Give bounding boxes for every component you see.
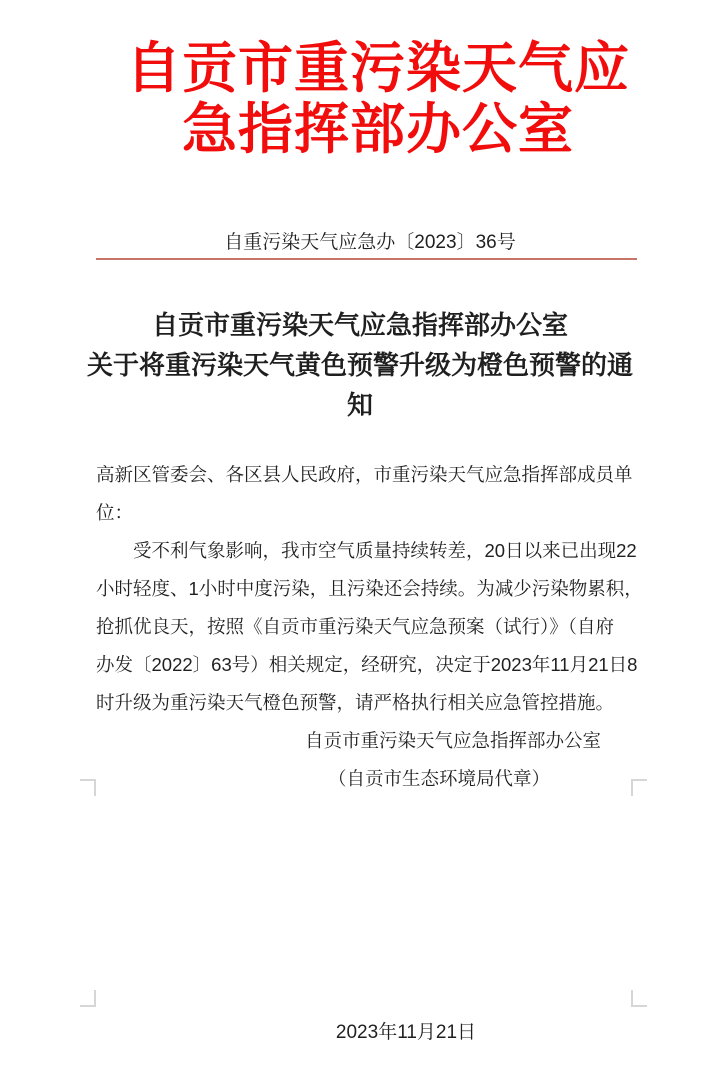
title-line-1: 自贡市重污染天气应急指挥部办公室 [0, 305, 720, 345]
letterhead: 自贡市重污染天气应 急指挥部办公室 [18, 38, 720, 160]
body-line: 时升级为重污染天气橙色预警，请严格执行相关应急管控措施。 [96, 684, 634, 722]
document-title: 自贡市重污染天气应急指挥部办公室 关于将重污染天气黄色预警升级为橙色预警的通 知 [0, 305, 720, 425]
document-number: 自重污染天气应急办〔2023〕36号 [10, 230, 720, 256]
signature-note-line: （自贡市生态环境局代章） [96, 760, 634, 798]
letterhead-line-2: 急指挥部办公室 [18, 99, 720, 160]
document-date: 2023年11月21日 [46, 1014, 720, 1052]
document-body: 高新区管委会、各区县人民政府，市重污染天气应急指挥部成员单 位： 受不利气象影响… [96, 456, 634, 798]
body-line: 办发〔2022〕63号）相关规定，经研究，决定于2023年11月21日8 [96, 646, 634, 684]
signature-line: 自贡市重污染天气应急指挥部办公室 [96, 722, 634, 760]
title-line-2: 关于将重污染天气黄色预警升级为橙色预警的通 [0, 345, 720, 385]
salutation-line: 高新区管委会、各区县人民政府，市重污染天气应急指挥部成员单 [96, 456, 634, 494]
title-line-3: 知 [0, 385, 720, 425]
page-margin-mark-bottom-right [631, 990, 647, 1007]
red-separator-rule [96, 258, 637, 260]
letterhead-line-1: 自贡市重污染天气应 [18, 38, 720, 99]
body-line: 小时轻度、1小时中度污染，且污染还会持续。为减少污染物累积， [96, 570, 634, 608]
salutation-line: 位： [96, 494, 634, 532]
body-line: 受不利气象影响，我市空气质量持续转差，20日以来已出现22 [96, 532, 634, 570]
body-line: 抢抓优良天，按照《自贡市重污染天气应急预案（试行）》（自府 [96, 608, 634, 646]
page-margin-mark-top-left [80, 779, 96, 796]
page-margin-mark-top-right [631, 779, 647, 796]
page-margin-mark-bottom-left [80, 990, 96, 1007]
document-page: 自贡市重污染天气应 急指挥部办公室 自重污染天气应急办〔2023〕36号 自贡市… [0, 0, 720, 1091]
